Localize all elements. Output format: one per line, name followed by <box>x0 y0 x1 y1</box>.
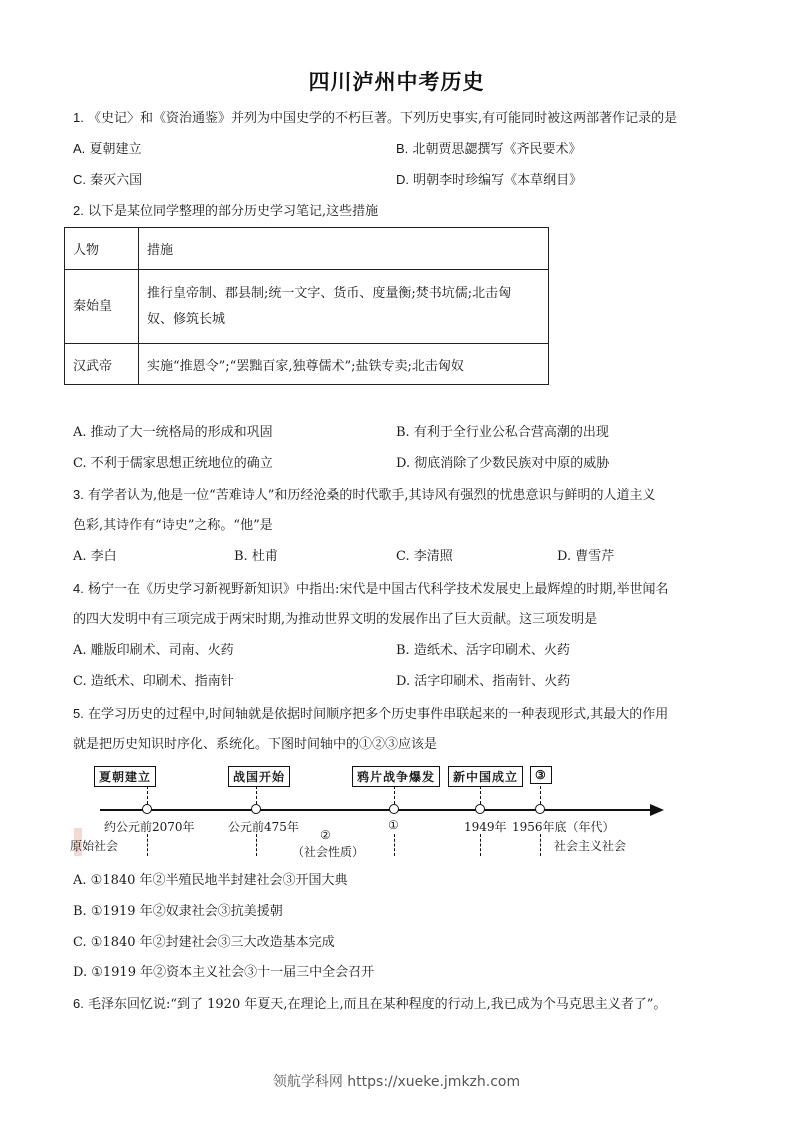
q1-option-c[interactable]: C. 秦灭六国 <box>73 172 142 189</box>
q4-option-c[interactable]: C. 造纸术、印刷术、指南针 <box>73 674 234 690</box>
timeline-node <box>251 804 261 814</box>
option-key: A. <box>73 549 87 564</box>
option-key: A. <box>73 873 87 888</box>
question-4-continued: 的四大发明中有三项完成于两宋时期,为推动世界文明的发展作出了巨大贡献。这三项发明… <box>73 612 597 628</box>
question-6: 6. 毛泽东回忆说:“到了 1920 年夏天,在理论上,而且在某种程度的行动上,… <box>73 996 666 1013</box>
question-number: 3. <box>73 487 84 502</box>
option-key: C. <box>73 456 87 471</box>
dashed-connector <box>147 834 148 856</box>
study-notes-table: 人物 措施 秦始皇 推行皇帝制、郡县制;统一文字、货币、度量衡;焚书坑儒;北击匈… <box>64 227 549 385</box>
question-stem: 杨宁一在《历史学习新视野新知识》中指出:宋代是中国古代科学技术发展史上最辉煌的时… <box>88 582 669 597</box>
question-5: 5. 在学习历史的过程中,时间轴就是依据时间顺序把多个历史事件串联起来的一种表现… <box>73 706 668 723</box>
q2-option-a[interactable]: A. 推动了大一统格局的形成和巩固 <box>73 425 273 441</box>
option-key: D. <box>396 172 409 187</box>
question-stem: 以下是某位同学整理的部分历史学习笔记,这些措施 <box>88 204 378 219</box>
date-label: ① <box>388 818 399 832</box>
question-stem: 有学者认为,他是一位“苦难诗人”和历经沧桑的时代歌手,其诗风有强烈的忧患意识与鲜… <box>88 488 656 503</box>
table-header-person: 人物 <box>65 228 139 270</box>
dashed-connector <box>256 786 257 804</box>
table-row: 秦始皇 推行皇帝制、郡县制;统一文字、货币、度量衡;焚书坑儒;北击匈 奴、修筑长… <box>65 270 549 344</box>
table-cell-person: 秦始皇 <box>65 270 139 344</box>
option-text: 不利于儒家思想正统地位的确立 <box>91 456 273 471</box>
option-text: 明朝李时珍编写《本草纲目》 <box>413 173 582 188</box>
question-stem: 毛泽东回忆说:“到了 1920 年夏天,在理论上,而且在某种程度的行动上,我已成… <box>88 997 666 1012</box>
q5-option-c[interactable]: C. ①1840 年②封建社会③三大改造基本完成 <box>73 935 335 951</box>
option-key: D. <box>557 549 571 564</box>
dashed-connector <box>540 834 541 856</box>
question-3-continued: 色彩,其诗作有“诗史”之称。“他”是 <box>73 518 273 534</box>
period-marker-2: ② <box>320 828 331 842</box>
option-key: A. <box>73 643 87 658</box>
question-stem: 在学习历史的过程中,时间轴就是依据时间顺序把多个历史事件串联起来的一种表现形式,… <box>88 707 668 722</box>
question-stem: 《史记〉和《资治通鉴》并列为中国史学的不朽巨著。下列历史事实,有可能同时被这两部… <box>88 111 677 126</box>
date-label: 1949年 <box>464 818 507 835</box>
option-text: 北朝贾思勰撰写《齐民要术》 <box>412 142 581 157</box>
option-text: 推动了大一统格局的形成和巩固 <box>91 425 273 440</box>
q4-option-a[interactable]: A. 雕版印刷术、司南、火药 <box>73 643 234 659</box>
q4-option-d[interactable]: D. 活字印刷术、指南针、火药 <box>396 674 570 690</box>
measures-line: 推行皇帝制、郡县制;统一文字、货币、度量衡;焚书坑儒;北击匈 <box>147 281 540 307</box>
q1-option-d[interactable]: D. 明朝李时珍编写《本草纲目》 <box>396 172 582 189</box>
q3-option-b[interactable]: B. 杜甫 <box>234 549 278 565</box>
option-text: 造纸术、活字印刷术、火药 <box>414 643 570 658</box>
q3-option-d[interactable]: D. 曹雪芹 <box>557 549 614 565</box>
question-1: 1. 《史记〉和《资治通鉴》并列为中国史学的不朽巨著。下列历史事实,有可能同时被… <box>73 110 677 127</box>
dashed-connector <box>394 786 395 804</box>
option-text: 夏朝建立 <box>89 142 141 157</box>
timeline-node <box>535 804 545 814</box>
option-text: 杜甫 <box>252 549 278 564</box>
option-key: B. <box>234 549 248 564</box>
question-number: 5. <box>73 706 84 721</box>
option-text: 李白 <box>91 549 117 564</box>
option-key: B. <box>396 425 410 440</box>
date-label: 1956年底（年代） <box>512 818 615 835</box>
dashed-connector <box>540 786 541 804</box>
option-text: 秦灭六国 <box>90 173 142 188</box>
dashed-connector <box>147 786 148 804</box>
q3-option-a[interactable]: A. 李白 <box>73 549 117 565</box>
option-key: C. <box>396 549 410 564</box>
option-text: 彻底消除了少数民族对中原的威胁 <box>414 456 609 471</box>
history-timeline-figure: 夏朝建立 约公元前2070年 原始社会 战国开始 公元前475年 ② （社会性质… <box>70 760 670 860</box>
dashed-connector <box>480 786 481 804</box>
q1-option-a[interactable]: A. 夏朝建立 <box>73 141 141 158</box>
option-key: D. <box>396 456 410 471</box>
timeline-node <box>389 804 399 814</box>
q5-option-a[interactable]: A. ①1840 年②半殖民地半封建社会③开国大典 <box>73 873 348 889</box>
option-key: B. <box>396 141 408 156</box>
table-cell-measures: 实施“推恩令”;“罢黜百家,独尊儒术”;盐铁专卖;北击匈奴 <box>139 344 549 385</box>
table-header-measures: 措施 <box>139 228 549 270</box>
period-label-end: 社会主义社会 <box>554 837 626 854</box>
timeline-node <box>142 804 152 814</box>
option-key: C. <box>73 935 87 950</box>
option-text: 曹雪芹 <box>575 549 614 564</box>
table-header-row: 人物 措施 <box>65 228 549 270</box>
table-cell-measures: 推行皇帝制、郡县制;统一文字、货币、度量衡;焚书坑儒;北击匈 奴、修筑长城 <box>139 270 549 344</box>
timeline-axis <box>100 809 655 811</box>
period-label-middle: （社会性质） <box>292 843 364 860</box>
timeline-node <box>475 804 485 814</box>
dashed-connector <box>480 834 481 856</box>
event-box-xia: 夏朝建立 <box>94 766 156 787</box>
q2-option-b[interactable]: B. 有利于全行业公私合营高潮的出现 <box>396 425 609 441</box>
option-text: ①1840 年②封建社会③三大改造基本完成 <box>91 935 335 950</box>
footer-watermark: 领航学科网 https://xueke.jmkzh.com <box>0 1071 793 1091</box>
event-box-warring-states: 战国开始 <box>228 766 290 787</box>
q2-option-c[interactable]: C. 不利于儒家思想正统地位的确立 <box>73 456 273 472</box>
option-text: 有利于全行业公私合营高潮的出现 <box>414 425 609 440</box>
date-label: 公元前475年 <box>228 818 299 835</box>
question-5-continued: 就是把历史知识时序化、系统化。下图时间轴中的①②③应该是 <box>73 737 437 753</box>
option-key: A. <box>73 425 87 440</box>
event-box-3: ③ <box>530 766 552 784</box>
q1-option-b[interactable]: B. 北朝贾思勰撰写《齐民要术》 <box>396 141 581 158</box>
option-text: 活字印刷术、指南针、火药 <box>414 674 570 689</box>
q3-option-c[interactable]: C. 李清照 <box>396 549 453 565</box>
q4-option-b[interactable]: B. 造纸术、活字印刷术、火药 <box>396 643 570 659</box>
question-number: 2. <box>73 203 84 218</box>
question-number: 6. <box>73 996 84 1011</box>
option-key: C. <box>73 674 87 689</box>
option-text: 李清照 <box>414 549 453 564</box>
q2-option-d[interactable]: D. 彻底消除了少数民族对中原的威胁 <box>396 456 609 472</box>
option-key: D. <box>73 965 87 980</box>
measures-line: 奴、修筑长城 <box>147 307 540 333</box>
dashed-connector <box>256 834 257 856</box>
option-text: 雕版印刷术、司南、火药 <box>91 643 234 658</box>
option-text: ①1840 年②半殖民地半封建社会③开国大典 <box>91 873 348 888</box>
question-2: 2. 以下是某位同学整理的部分历史学习笔记,这些措施 <box>73 203 378 220</box>
option-text: ①1919 年②奴隶社会③抗美援朝 <box>91 904 283 919</box>
option-text: ①1919 年②资本主义社会③十一届三中全会召开 <box>91 965 374 980</box>
q5-option-b[interactable]: B. ①1919 年②奴隶社会③抗美援朝 <box>73 904 283 920</box>
question-3: 3. 有学者认为,他是一位“苦难诗人”和历经沧桑的时代歌手,其诗风有强烈的忧患意… <box>73 487 656 504</box>
option-text: 造纸术、印刷术、指南针 <box>91 674 234 689</box>
question-number: 4. <box>73 581 84 596</box>
period-label-start: 原始社会 <box>70 837 118 854</box>
dashed-connector <box>394 834 395 856</box>
option-key: C. <box>73 172 86 187</box>
date-label: 约公元前2070年 <box>104 818 195 835</box>
question-4: 4. 杨宁一在《历史学习新视野新知识》中指出:宋代是中国古代科学技术发展史上最辉… <box>73 581 669 598</box>
option-key: D. <box>396 674 410 689</box>
option-key: B. <box>73 904 87 919</box>
table-cell-person: 汉武帝 <box>65 344 139 385</box>
option-key: A. <box>73 141 85 156</box>
q5-option-d[interactable]: D. ①1919 年②资本主义社会③十一届三中全会召开 <box>73 965 374 981</box>
event-box-prc-founding: 新中国成立 <box>448 766 523 787</box>
option-key: B. <box>396 643 410 658</box>
page-title: 四川泸州中考历史 <box>0 66 793 96</box>
question-number: 1. <box>73 110 84 125</box>
event-box-opium-war: 鸦片战争爆发 <box>352 766 440 787</box>
arrow-right-icon <box>650 804 664 816</box>
table-row: 汉武帝 实施“推恩令”;“罢黜百家,独尊儒术”;盐铁专卖;北击匈奴 <box>65 344 549 385</box>
